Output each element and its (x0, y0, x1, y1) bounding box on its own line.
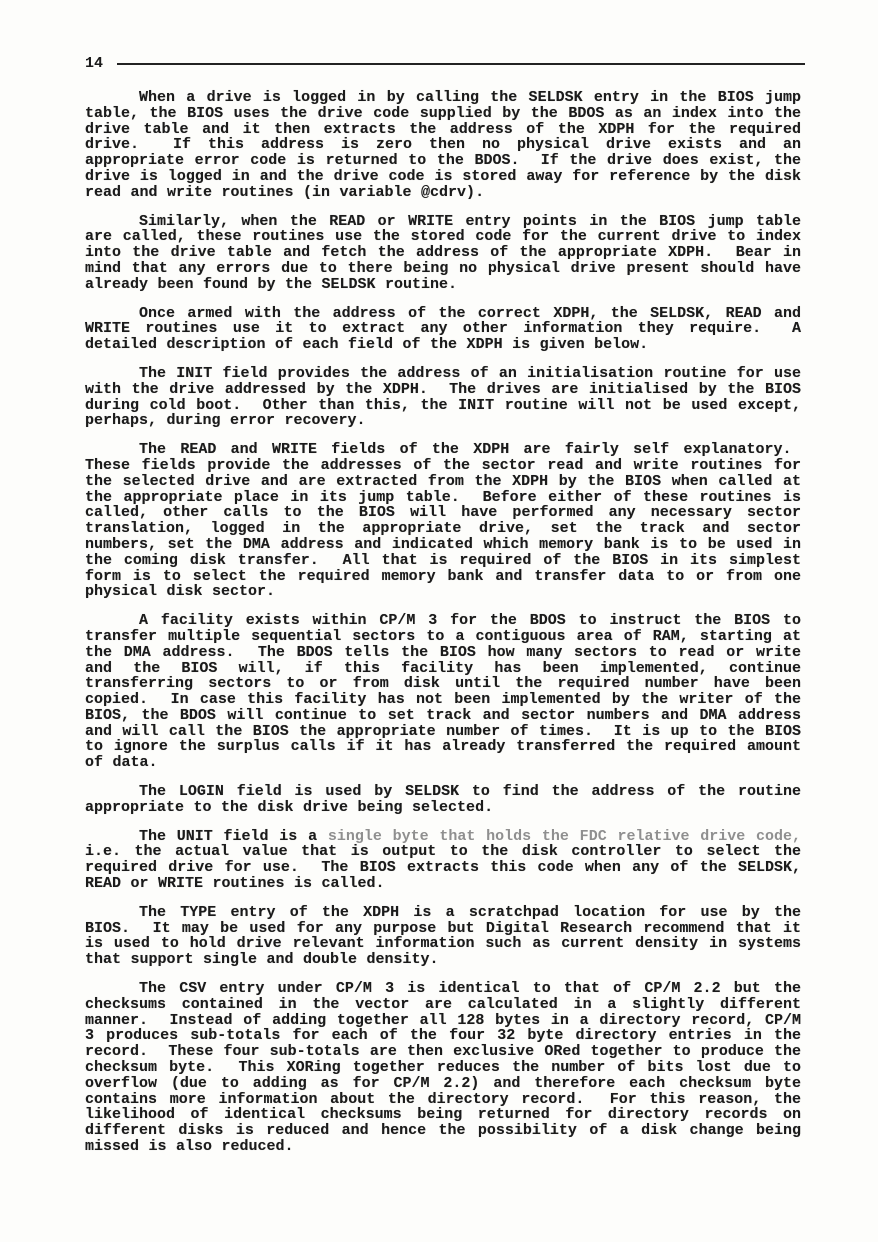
paragraph-unit-field: The UNIT field is a single byte that hol… (85, 829, 801, 892)
paragraph-read-write-entry: Similarly, when the READ or WRITE entry … (85, 214, 801, 293)
page-number: 14 (85, 56, 103, 72)
paragraph-login-field: The LOGIN field is used by SELDSK to fin… (85, 784, 801, 816)
unit-field-text-faded: single byte that holds the FDC relative … (328, 828, 801, 845)
paragraph-seldsk-login: When a drive is logged in by calling the… (85, 90, 801, 201)
paragraph-type-entry: The TYPE entry of the XDPH is a scratchp… (85, 905, 801, 968)
paragraph-xdph-overview: Once armed with the address of the corre… (85, 306, 801, 353)
paragraph-multi-sector-facility: A facility exists within CP/M 3 for the … (85, 613, 801, 771)
unit-field-text-end: i.e. the actual value that is output to … (85, 843, 801, 892)
paragraph-init-field: The INIT field provides the address of a… (85, 366, 801, 429)
unit-field-text-start: The UNIT field is a (139, 828, 328, 845)
paragraph-csv-entry: The CSV entry under CP/M 3 is identical … (85, 981, 801, 1155)
document-page: 14 When a drive is logged in by calling … (0, 0, 878, 1242)
header-rule (117, 63, 805, 65)
page-header: 14 (85, 56, 805, 72)
paragraph-read-write-fields: The READ and WRITE fields of the XDPH ar… (85, 442, 801, 600)
page-body-text: When a drive is logged in by calling the… (85, 90, 801, 1155)
